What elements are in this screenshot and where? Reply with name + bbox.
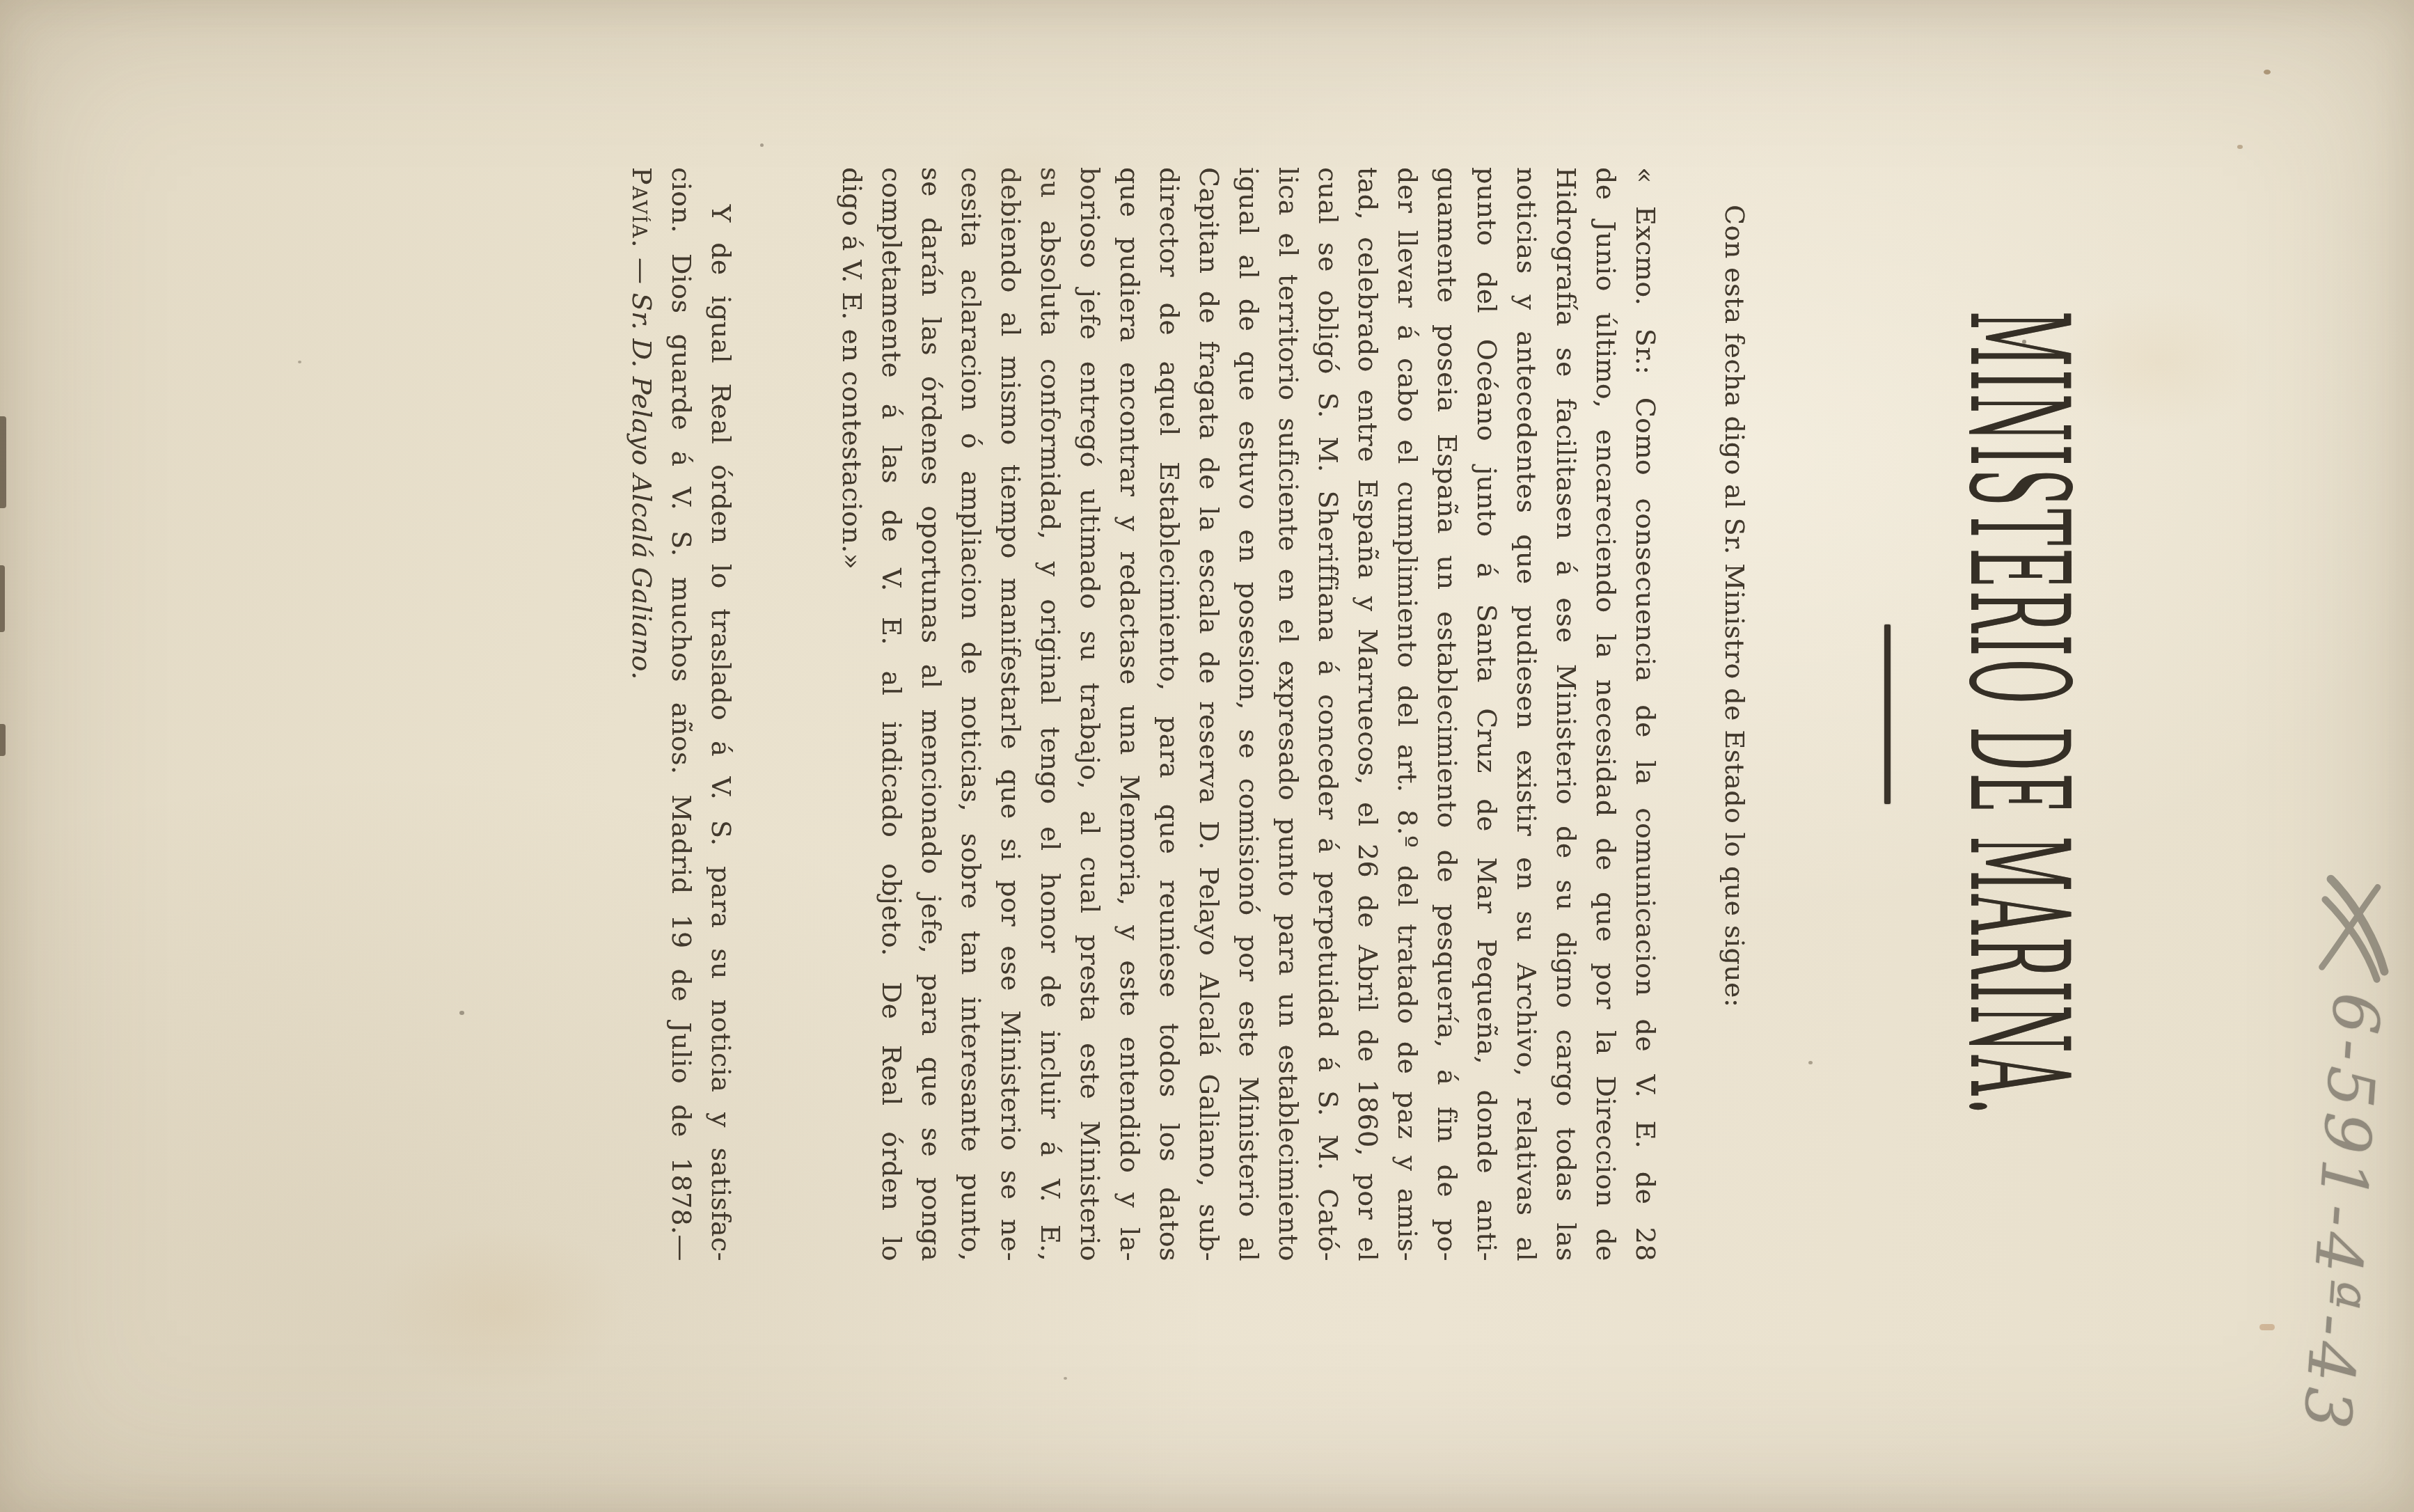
- paragraph-line: se darán las órdenes oportunas al mencio…: [911, 167, 951, 1261]
- scanned-page: MINISTERIO DE MARINA. Con esta fecha dig…: [0, 0, 2414, 1512]
- page-edge-mark: [0, 416, 6, 508]
- paragraph-line: lica el territorio suficiente en el expr…: [1268, 167, 1308, 1261]
- paper-speck: [760, 143, 764, 147]
- paragraph-line: cual se obligó S. M. Sheriffiana á conce…: [1308, 167, 1348, 1261]
- paragraph-line: der llevar á cabo el cumplimiento del ar…: [1387, 167, 1427, 1261]
- paper-speck: [1515, 1147, 1518, 1151]
- signature-line: Pavía. — Sr. D. Pelayo Alcalá Galiano.: [622, 167, 661, 1261]
- paragraph-line: noticias y antecedentes que pudiesen exi…: [1506, 167, 1546, 1261]
- paragraph-line: tad, celebrado entre España y Marruecos,…: [1348, 167, 1387, 1261]
- paragraph-line: « Excmo. Sr.: Como consecuencia de la co…: [1625, 167, 1665, 1261]
- body-paragraph: « Excmo. Sr.: Como consecuencia de la co…: [832, 167, 1665, 1261]
- paper-speck: [1064, 1377, 1067, 1380]
- paper-speck: [298, 361, 301, 363]
- paragraph-line: completamente á las de V. E. al indicado…: [871, 167, 911, 1261]
- paragraph-line: Hidrografía se facilitasen á ese Ministe…: [1546, 167, 1586, 1261]
- pencil-annotation-text: 6-591-4ª-43: [2289, 991, 2394, 1437]
- paragraph-line: igual al de que estuvo en posesion, se c…: [1229, 167, 1268, 1261]
- paragraph-line: digo á V. E. en contestacion.»: [832, 167, 871, 1261]
- paper-speck: [2264, 70, 2271, 74]
- signature-addressee: — Sr. D. Pelayo Alcalá Galiano.: [626, 249, 657, 679]
- closing-paragraph: Y de igual Real órden lo traslado á V. S…: [622, 167, 741, 1261]
- paragraph-line: punto del Océano junto á Santa Cruz de M…: [1467, 167, 1506, 1261]
- paragraph-line: de Junio último, encareciendo la necesid…: [1586, 167, 1625, 1261]
- page-title-text: MINISTERIO DE MARINA.: [1942, 310, 2092, 1117]
- paragraph-line: cesita aclaracion ó ampliacion de notici…: [951, 167, 991, 1261]
- intro-line: Con esta fecha digo al Sr. Ministro de E…: [1714, 167, 1754, 1261]
- paragraph-line: Capitan de fragata de la escala de reser…: [1189, 167, 1229, 1261]
- page-title: MINISTERIO DE MARINA.: [1942, 167, 2092, 1261]
- paper-speck: [459, 1011, 464, 1015]
- paragraph-line: director de aquel Establecimiento, para …: [1149, 167, 1189, 1261]
- paragraph-line: que pudiera encontrar y redactase una Me…: [1110, 167, 1149, 1261]
- pencil-scribble-icon: [2308, 860, 2400, 984]
- paragraph-line: guamente poseia España un establecimient…: [1427, 167, 1467, 1261]
- paragraph-line: debiendo al mismo tiempo manifestarle qu…: [991, 167, 1030, 1261]
- paragraph-line: borioso jefe entregó ultimado su trabajo…: [1070, 167, 1110, 1261]
- page-edge-mark: [0, 565, 5, 632]
- closing-line: cion. Dios guarde á V. S. muchos años. M…: [661, 167, 701, 1261]
- closing-line: Y de igual Real órden lo traslado á V. S…: [701, 167, 741, 1261]
- paper-speck: [2022, 340, 2026, 344]
- document-page: MINISTERIO DE MARINA. Con esta fecha dig…: [0, 0, 2414, 1512]
- signature-name: Pavía.: [626, 167, 657, 249]
- page-edge-mark: [0, 724, 6, 756]
- page-content: MINISTERIO DE MARINA. Con esta fecha dig…: [0, 167, 2414, 1261]
- paragraph-line: su absoluta conformidad, y original teng…: [1030, 167, 1070, 1261]
- title-rule: [1884, 624, 1891, 804]
- paper-stain: [2259, 1324, 2275, 1330]
- paper-speck: [2237, 145, 2243, 149]
- paper-speck: [1808, 1061, 1813, 1064]
